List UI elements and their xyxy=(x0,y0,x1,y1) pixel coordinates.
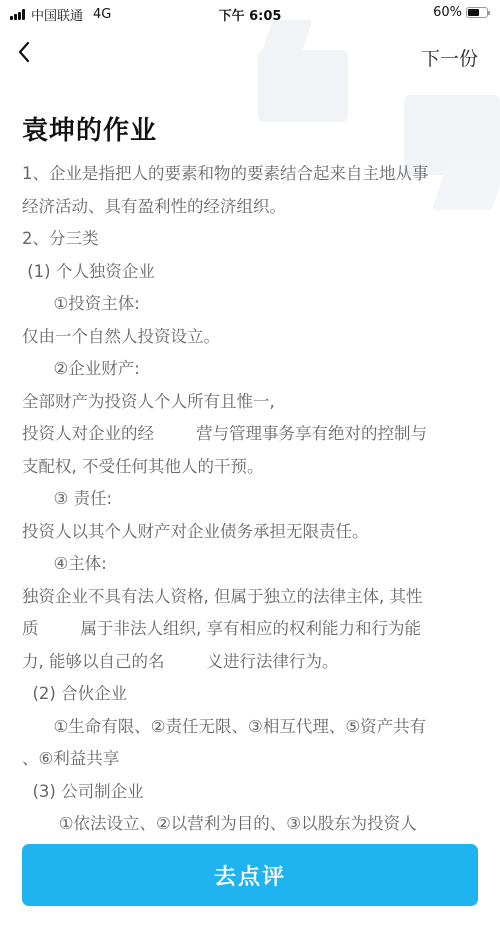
content-line: 投资人对企业的经 营与管理事务享有绝对的控制与 xyxy=(22,418,482,451)
status-time: 下午 6:05 xyxy=(0,5,500,24)
content-line: ①投资主体: xyxy=(22,288,482,321)
homework-content: 1、企业是指把人的要素和物的要素结合起来自主地从事 经济活动、具有盈利性的经济组… xyxy=(22,158,482,841)
battery-percent: 60% xyxy=(433,5,462,20)
content-line: ②企业财产: xyxy=(22,353,482,386)
review-button[interactable]: 去点评 xyxy=(22,844,478,906)
content-line: 1、企业是指把人的要素和物的要素结合起来自主地从事 xyxy=(22,158,482,191)
content-line: 投资人以其个人财产对企业债务承担无限责任。 xyxy=(22,516,482,549)
next-button[interactable]: 下一份 xyxy=(421,44,478,71)
back-button[interactable] xyxy=(16,40,40,70)
content-line: 、⑥利益共享 xyxy=(22,743,482,776)
status-bar: 中国联通 4G 下午 6:05 60% xyxy=(0,0,500,26)
content-line: 仅由一个自然人投资设立。 xyxy=(22,321,482,354)
content-line: (1) 个人独资企业 xyxy=(22,256,482,289)
content-line: 全部财产为投资人个人所有且惟一, xyxy=(22,386,482,419)
page-title: 袁坤的作业 xyxy=(22,110,157,147)
content-line: 支配权, 不受任何其他人的干预。 xyxy=(22,451,482,484)
content-line: (3) 公司制企业 xyxy=(22,776,482,809)
content-line: 独资企业不具有法人资格, 但属于独立的法律主体, 其性 xyxy=(22,581,482,614)
content-line: ①依法设立、②以营利为目的、③以股东为投资人 xyxy=(22,808,482,841)
content-line: ①生命有限、②责任无限、③相互代理、⑤资产共有 xyxy=(22,711,482,744)
content-line: ④主体: xyxy=(22,548,482,581)
content-line: 质 属于非法人组织, 享有相应的权利能力和行为能 xyxy=(22,613,482,646)
content-line: (2) 合伙企业 xyxy=(22,678,482,711)
content-line: ③ 责任: xyxy=(22,483,482,516)
status-right: 60% xyxy=(433,5,488,20)
content-line: 经济活动、具有盈利性的经济组织。 xyxy=(22,191,482,224)
chevron-left-icon xyxy=(16,40,32,64)
nav-bar: 下一份 xyxy=(0,30,500,80)
battery-icon xyxy=(466,7,488,18)
content-line: 力, 能够以自己的名 义进行法律行为。 xyxy=(22,646,482,679)
content-line: 2、分三类 xyxy=(22,223,482,256)
